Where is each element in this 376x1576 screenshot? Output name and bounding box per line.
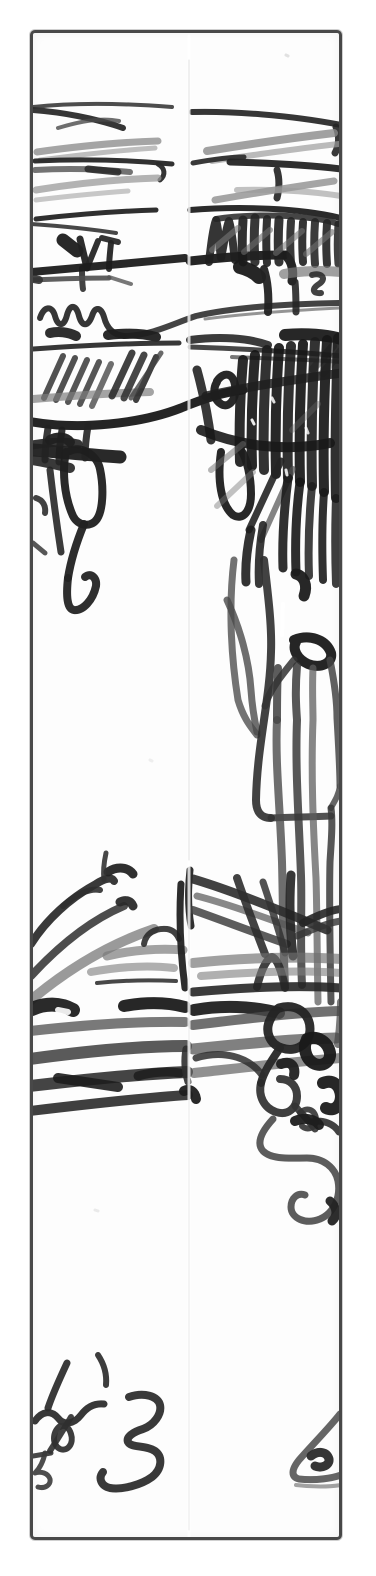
sketchbook-page-frame <box>30 30 342 1540</box>
scanned-sketch-page <box>0 0 376 1576</box>
